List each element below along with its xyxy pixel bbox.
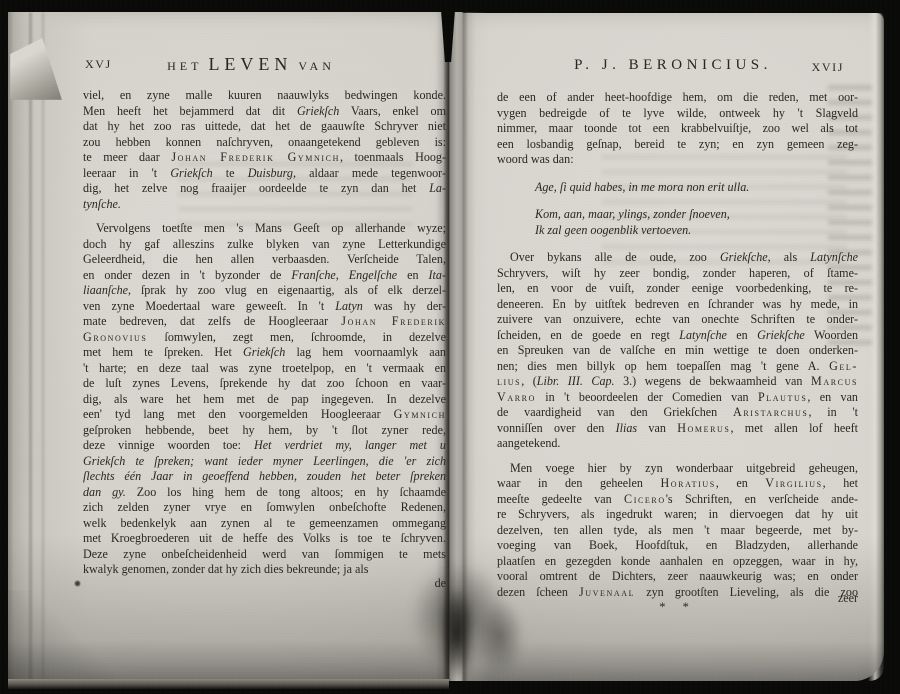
text-line: woord was dan:: [497, 152, 858, 168]
book-scan: XVJ HET LEVEN VAN viel, en zyne malle ku…: [0, 0, 900, 694]
right-running-title: P. J. BERONICIUS.: [557, 57, 789, 74]
text-line: vygen bedreigde of te lyve wilde, ontwee…: [497, 106, 858, 122]
page-edge-crease: [29, 12, 32, 680]
text-line: zou hebben konnen naſchryven, onaangetek…: [83, 135, 446, 151]
text-line: een losbandig geſnap, bereid te zyn; en …: [497, 137, 858, 153]
left-page-number: XVJ: [85, 57, 112, 72]
left-page: XVJ HET LEVEN VAN viel, en zyne malle ku…: [8, 12, 448, 680]
text-line: vonniſſen over den Ilias van Homerus, me…: [497, 421, 858, 437]
left-page-edge: [8, 12, 92, 680]
text-line: aangetekend.: [497, 436, 858, 452]
text-line: Age, ſi quid habes, in me mora non erit …: [497, 180, 858, 196]
left-page-footer: de: [83, 575, 446, 592]
right-page-footer: * * zeer: [497, 597, 858, 616]
ink-spot: [74, 580, 81, 587]
text-line: deneeren. En by uitſtek bedreven en ſchr…: [497, 297, 858, 313]
text-line: mate bedreven, dat zelfs de Hoogleeraar …: [83, 314, 446, 330]
text-line: Varro in 't beoordeelen der Comedien van…: [497, 390, 858, 406]
text-line: tynſche.: [83, 197, 446, 213]
text-line: 't harte; en deze taal was zyne troetelp…: [83, 361, 446, 377]
text-line: re Schryvers, als ingedrukt waren; in di…: [497, 507, 858, 523]
text-line: nen; dies men billyk op hem toepaſſen ma…: [497, 359, 858, 375]
text-line: de luſt zynes Levens, ſprekende hy dat z…: [83, 376, 446, 392]
text-line: de vaardigheid van den Griekſchen Arista…: [497, 405, 858, 421]
right-page: P. J. BERONICIUS. XVIJ de een of ander h…: [452, 13, 884, 681]
text-line: Vervolgens toetſte men 's Mans Geeſt op …: [83, 221, 446, 237]
text-line: lius, (Libr. III. Cap. 3.) wegens de bek…: [497, 374, 858, 390]
text-line: ſlechts één Jaar in geoeffend hebben, zo…: [83, 469, 446, 485]
text-line: Schryvers, wiſt hy zeer bondig, zonder h…: [497, 266, 858, 282]
text-line: zich zelden zyner vrye en ſomwylen onbeſ…: [83, 500, 446, 516]
text-line: Deze zyne onbeſcheidenheid werd van ſomm…: [83, 547, 446, 563]
text-line: nimmer, maar toonde tot een krabbelvuiſt…: [497, 121, 858, 137]
left-text-block: viel, en zyne malle kuuren naauwlyks bed…: [83, 88, 446, 578]
text-line: Men voege hier by zyn wonderbaar uitgebr…: [497, 461, 858, 477]
running-title-word: LEVEN: [208, 54, 292, 74]
text-line: voeging van Boek, Hoofdſtuk, en Bladzyde…: [497, 538, 858, 554]
left-catchword: de: [435, 576, 446, 590]
text-line: dat hy het zoo ras uittede, dat het de g…: [83, 119, 446, 135]
text-line: een' tyd lang met den voorgemelden Hoogl…: [83, 407, 446, 423]
text-line: en Spreuken van de valſche en min wettig…: [497, 343, 858, 359]
text-line: zuivere van onzuivere, echte van onechte…: [497, 312, 858, 328]
text-line: welk bedenkelyk aan zynen al te gemeenza…: [83, 516, 446, 532]
page-corner-fold: [10, 38, 62, 100]
text-line: Over bykans alle de oude, zoo Griekſche,…: [497, 250, 858, 266]
text-line: Gronovius ſomwylen, zegt men, ſchroomde,…: [83, 330, 446, 346]
right-page-number: XVIJ: [812, 60, 844, 75]
signature-mark: * *: [497, 600, 858, 616]
text-line: ven zyne Moedertaal ware geweeſt. In 't …: [83, 299, 446, 315]
text-line: dan gy. Zoo los hing hem de tong altoos;…: [83, 485, 446, 501]
text-line: waar in den geheelen Horatius, en Virgil…: [497, 476, 858, 492]
text-line: doch hy gaf alleszins zulke blyken van z…: [83, 237, 446, 253]
text-line: Griekſch te ſpreken; want ieder myner Le…: [83, 454, 446, 470]
text-line: liaanſche, ſprak hy zoo vlug en eigenaar…: [83, 283, 446, 299]
corner-shadow: [8, 590, 128, 680]
right-text-block: de een of ander heet-hoofdige hem, om di…: [497, 90, 858, 600]
text-line: geſproken hebbende, beet hy hem, by 't ſ…: [83, 423, 446, 439]
text-line: vooral omtrent de Dichters, zeer naauwke…: [497, 569, 858, 585]
text-line: de een of ander heet-hoofdige hem, om di…: [497, 90, 858, 106]
text-line: Geleerdheid, die hen allen verbaasden. V…: [83, 252, 446, 268]
text-line: meeſte gedeelte van Cicero's Schriften, …: [497, 492, 858, 508]
running-title-word: VAN: [298, 59, 334, 73]
text-line: met Kroegbroederen uit de heffe des Volk…: [83, 531, 446, 547]
text-line: deze vinnige woorden toe: Het verdriet m…: [83, 438, 446, 454]
right-page-edge: [868, 13, 884, 681]
left-running-title: HET LEVEN VAN: [135, 54, 367, 75]
running-title-word: HET: [167, 59, 202, 73]
text-line: te meer daar Johan Frederik Gymnich, toe…: [83, 150, 446, 166]
text-line: dezelven, ten allen tyde, als men 't maa…: [497, 523, 858, 539]
text-line: dig, het zelve nog fraaijer oordeelde te…: [83, 181, 446, 197]
text-line: en onder dezen in 't byzonder de Franſch…: [83, 268, 446, 284]
left-page-header: XVJ HET LEVEN VAN: [83, 54, 446, 72]
page-edge-crease: [42, 12, 44, 680]
right-catchword: zeer: [838, 591, 858, 607]
text-line: dig, als ware het hem met de pap ingegev…: [83, 392, 446, 408]
text-line: Ik zal geen oogenblik vertoeven.: [497, 223, 858, 239]
right-page-header: P. J. BERONICIUS. XVIJ: [497, 57, 858, 75]
text-line: Men heeft het bejammerd dat dit Griekſch…: [83, 104, 446, 120]
text-line: met hem te ſpreken. Het Griekſch lag hem…: [83, 345, 446, 361]
text-line: plaatſen en gezegden konde aanhalen en o…: [497, 554, 858, 570]
text-line: Kom, aan, maar, ylings, zonder ſnoeven,: [497, 207, 858, 223]
text-line: viel, en zyne malle kuuren naauwlyks bed…: [83, 88, 446, 104]
text-line: ſcheiden, en de goede en regt Latynſche …: [497, 328, 858, 344]
text-line: len, en voor de vuiſt, zonder eenige voo…: [497, 281, 858, 297]
page-block-bottom-edge: [8, 679, 449, 689]
text-line: leeraar in 't Griekſch te Duisburg, alda…: [83, 166, 446, 182]
